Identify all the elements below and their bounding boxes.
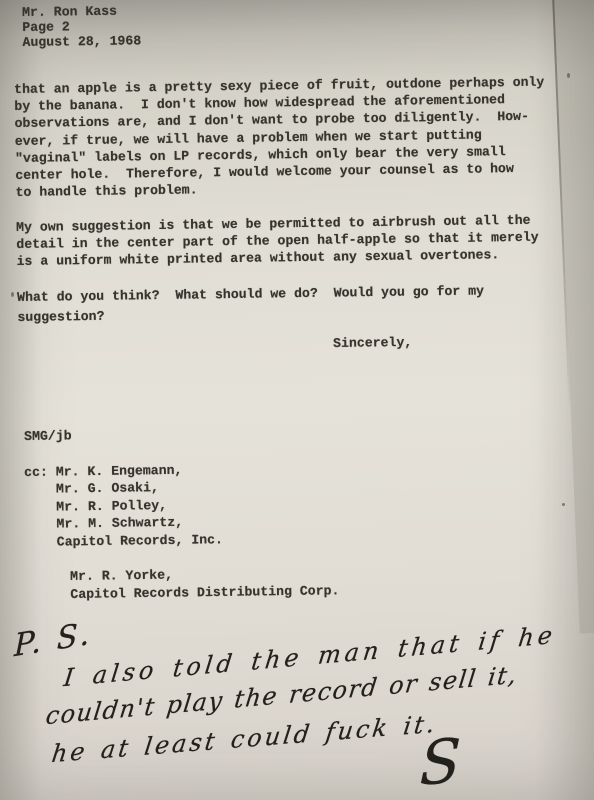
initials-line: SMG/jb [24,427,72,445]
cc-line: Capitol Records, Inc. [25,531,223,551]
ink-speck [11,292,14,297]
paragraph-2: My own suggestion is that we be permitte… [16,212,539,271]
ink-speck [562,503,565,506]
cc-list: cc: Mr. K. Engemann, Mr. G. Osaki, Mr. R… [24,461,223,551]
date-line: August 28, 1968 [22,34,141,50]
recipient-line: Mr. Ron Kass [22,4,141,20]
letter-page: Mr. Ron Kass Page 2 August 28, 1968 that… [0,0,594,800]
letter-header: Mr. Ron Kass Page 2 August 28, 1968 [22,4,141,50]
closing-line: Sincerely, [333,334,412,352]
postscript-label: P. S. [14,615,93,664]
signature-initial: S [419,725,462,800]
ink-speck [567,73,570,78]
paper-edge-shade [554,0,594,633]
distribution-list: Mr. R. Yorke, Capitol Records Distributi… [70,564,340,603]
typist-initials: SMG/jb [24,427,72,445]
paragraph-1: that an apple is a pretty sexy piece of … [14,74,546,202]
closing-salutation: Sincerely, [333,334,412,352]
distribution-line: Capitol Records Distributing Corp. [70,582,339,603]
paragraph-3: What do you think? What should we do? Wo… [17,281,484,327]
